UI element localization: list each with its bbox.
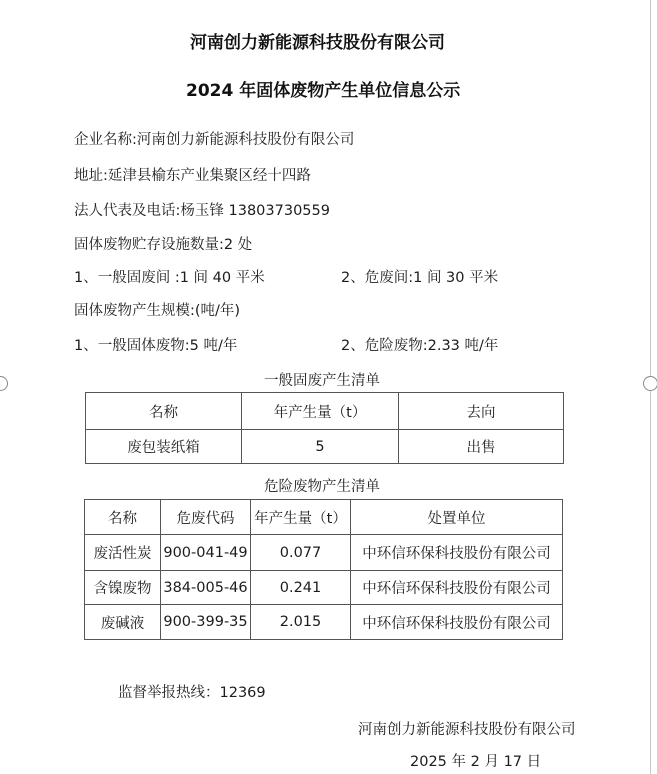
scale-label-line: 固体废物产生规模:(吨/年) xyxy=(74,299,240,320)
cell-disposal-unit: 中环信环保科技股份有限公司 xyxy=(351,571,563,605)
company-name-line: 企业名称:河南创力新能源科技股份有限公司 xyxy=(74,128,354,149)
header-annual-amount: 年产生量（t） xyxy=(251,500,351,535)
cell-amount: 2.015 xyxy=(251,605,351,640)
table-row: 废包装纸箱 5 出售 xyxy=(86,430,564,464)
table-header-row: 名称 危废代码 年产生量（t） 处置单位 xyxy=(85,500,563,535)
cell-name: 废碱液 xyxy=(85,605,161,640)
general-waste-table: 名称 年产生量（t） 去向 废包装纸箱 5 出售 xyxy=(85,392,564,464)
hotline-line: 监督举报热线：12369 xyxy=(118,681,266,702)
header-destination: 去向 xyxy=(399,393,564,430)
table-header-row: 名称 年产生量（t） 去向 xyxy=(86,393,564,430)
signature-date: 2025 年 2 月 17 日 xyxy=(410,750,541,771)
cell-amount: 5 xyxy=(242,430,399,464)
cell-name: 含镍废物 xyxy=(85,571,161,605)
binder-hole-left xyxy=(0,376,8,391)
legal-rep-line: 法人代表及电话:杨玉锋 13803730559 xyxy=(74,199,330,220)
storage-count-line: 固体废物贮存设施数量:2 处 xyxy=(74,233,252,254)
cell-name: 废活性炭 xyxy=(85,535,161,571)
cell-amount: 0.241 xyxy=(251,571,351,605)
storage-hazard-line: 2、危废间:1 间 30 平米 xyxy=(341,266,498,287)
table-row: 废活性炭 900-041-49 0.077 中环信环保科技股份有限公司 xyxy=(85,535,563,571)
header-disposal-unit: 处置单位 xyxy=(351,500,563,535)
header-annual-amount: 年产生量（t） xyxy=(242,393,399,430)
table-row: 含镍废物 384-005-46 0.241 中环信环保科技股份有限公司 xyxy=(85,571,563,605)
header-code: 危废代码 xyxy=(161,500,251,535)
scale-general-line: 1、一般固体废物:5 吨/年 xyxy=(74,334,237,355)
cell-destination: 出售 xyxy=(399,430,564,464)
header-name: 名称 xyxy=(85,500,161,535)
cell-name: 废包装纸箱 xyxy=(86,430,242,464)
address-line: 地址:延津县榆东产业集聚区经十四路 xyxy=(74,164,311,185)
cell-code: 384-005-46 xyxy=(161,571,251,605)
cell-disposal-unit: 中环信环保科技股份有限公司 xyxy=(351,535,563,571)
cell-code: 900-041-49 xyxy=(161,535,251,571)
scale-hazard-line: 2、危险废物:2.33 吨/年 xyxy=(341,334,498,355)
hazard-waste-table: 名称 危废代码 年产生量（t） 处置单位 废活性炭 900-041-49 0.0… xyxy=(84,499,563,640)
table-row: 废碱液 900-399-35 2.015 中环信环保科技股份有限公司 xyxy=(85,605,563,640)
company-heading: 河南创力新能源科技股份有限公司 xyxy=(190,28,445,53)
binder-hole-right xyxy=(643,376,657,391)
cell-code: 900-399-35 xyxy=(161,605,251,640)
storage-general-line: 1、一般固废间 :1 间 40 平米 xyxy=(74,266,265,287)
general-table-caption: 一般固废产生清单 xyxy=(264,369,380,390)
hazard-table-caption: 危险废物产生清单 xyxy=(264,475,380,496)
header-name: 名称 xyxy=(86,393,242,430)
document-title: 2024 年固体废物产生单位信息公示 xyxy=(186,76,460,101)
signature-company: 河南创力新能源科技股份有限公司 xyxy=(358,718,576,739)
cell-disposal-unit: 中环信环保科技股份有限公司 xyxy=(351,605,563,640)
cell-amount: 0.077 xyxy=(251,535,351,571)
